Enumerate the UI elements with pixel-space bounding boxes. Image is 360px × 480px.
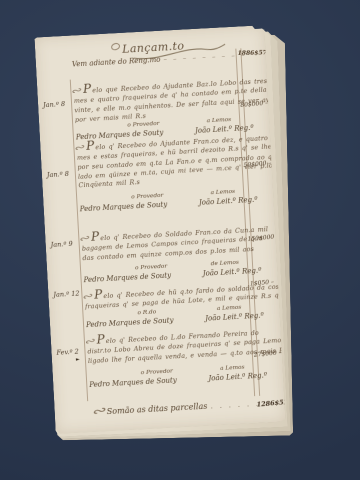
- pen-flourish-icon: ∾: [91, 404, 109, 419]
- ledger-entry: ∾Pelo q' Recebeo de hũ q.to fardo do sol…: [84, 282, 252, 330]
- manuscript-page: Lançam.to Vem adiante do Reng.mo– – – – …: [34, 25, 285, 434]
- ink-scribble-mark: [110, 42, 121, 51]
- entry-amount: 27$000 ––: [254, 349, 285, 360]
- entry-date: Jan.º 12: [53, 289, 81, 299]
- margin-arrow-mark: ►: [76, 358, 80, 363]
- ledger-entry: ∾Pelo q' Recebeo do L.do Fernando Pereir…: [87, 327, 256, 390]
- entry-date: Jan.º 8: [47, 170, 75, 180]
- entry-date: Jan.º 9: [50, 239, 78, 249]
- entry-date: Jan.º 8: [43, 100, 71, 110]
- ledger-entry: ∾Pelo q' Recebeo do Soldado Fran.co da C…: [81, 224, 250, 285]
- total-label: Somão as ditas parcellas: [107, 402, 208, 416]
- ledger-entry: ∾Pelo que Recebeo do Ajudante Baz.lo Lob…: [73, 77, 242, 143]
- carry-forward-label: Vem adiante do Reng.mo: [72, 56, 161, 69]
- entry-date: Fev.º 2: [56, 347, 84, 357]
- ledger-entry: ∾Pelo q' Recebeo do Ajudante Fran.co dez…: [76, 133, 246, 214]
- entry-amount: 80$000 ––: [240, 99, 271, 110]
- photo-background: Lançam.to Vem adiante do Reng.mo– – – – …: [0, 0, 360, 480]
